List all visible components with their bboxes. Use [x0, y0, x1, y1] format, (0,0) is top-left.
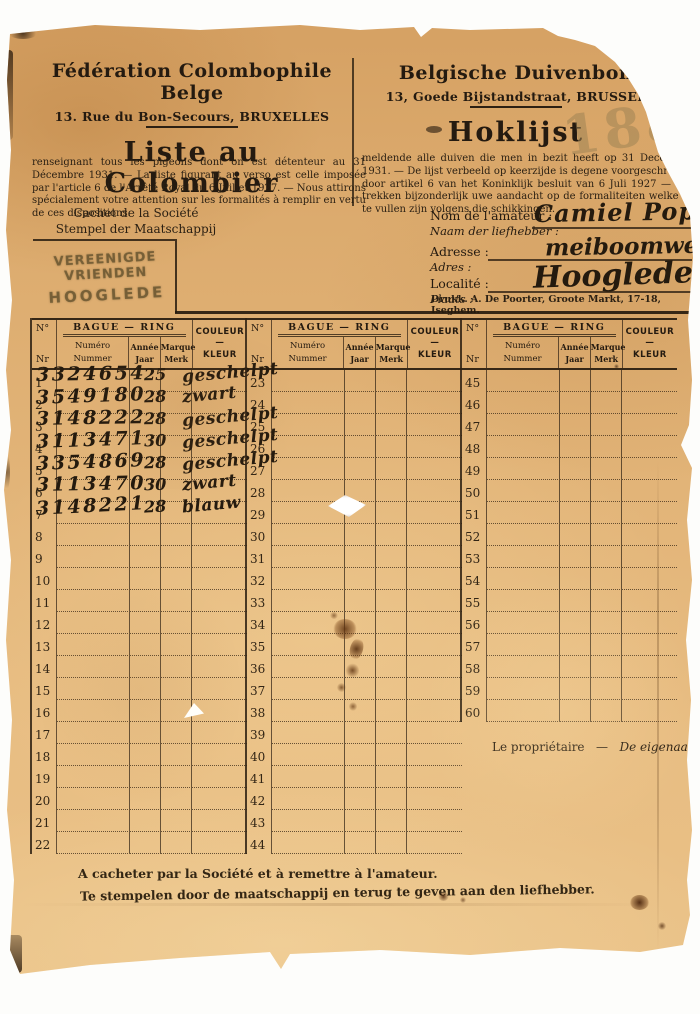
row-number: 29 [247, 502, 272, 524]
col-header-no-fr: N° [251, 323, 271, 334]
cell-numero [57, 612, 130, 634]
cell-annee [345, 722, 376, 744]
cell-annee [130, 590, 161, 612]
cell-marque [376, 414, 407, 436]
table-row: 32 [247, 568, 462, 590]
table-row: 58 [462, 656, 677, 678]
table-row: 54 [462, 568, 677, 590]
cell-annee [130, 700, 161, 722]
ink-stain [330, 612, 338, 619]
row-number: 15 [32, 678, 57, 700]
annee-fr: Année [344, 341, 374, 353]
row-number: 30 [247, 524, 272, 546]
row-number: 28 [247, 480, 272, 502]
cell-marque [376, 546, 407, 568]
annee-nl: Jaar [129, 353, 159, 365]
cell-numero [272, 436, 345, 458]
cell-marque [376, 524, 407, 546]
row-number: 10 [32, 568, 57, 590]
row-number: 18 [32, 744, 57, 766]
row-number: 56 [462, 612, 487, 634]
cell-couleur [622, 414, 677, 436]
marque-fr: Marque [591, 341, 622, 353]
row-number: 45 [462, 370, 487, 392]
table-row: 5 [32, 458, 247, 480]
cell-numero [57, 634, 130, 656]
row-number: 11 [32, 590, 57, 612]
cell-marque [376, 502, 407, 524]
cell-marque [161, 414, 192, 436]
col-header-no: N°Nr [462, 320, 487, 368]
table-row: 18 [32, 744, 247, 766]
cell-numero [272, 524, 345, 546]
paper-crease-horizontal [20, 903, 660, 906]
cell-numero [57, 480, 130, 502]
table-row: 56 [462, 612, 677, 634]
address-rule-nl [470, 106, 562, 108]
cell-marque [161, 458, 192, 480]
row-number: 54 [462, 568, 487, 590]
cell-annee [560, 700, 591, 722]
table-row: 3 [32, 414, 247, 436]
edge-stain [684, 150, 691, 170]
cell-annee [560, 480, 591, 502]
cell-marque [591, 436, 622, 458]
row-number: 19 [32, 766, 57, 788]
table-rows: 12345678910111213141516171819202122 [32, 370, 247, 854]
cell-numero [57, 656, 130, 678]
cell-marque [161, 744, 192, 766]
cell-marque [161, 810, 192, 832]
numero-nl: Nummer [57, 353, 129, 366]
row-number: 47 [462, 414, 487, 436]
cell-couleur [407, 700, 462, 722]
cell-couleur [192, 722, 247, 744]
cell-annee [130, 370, 161, 392]
row-number: 40 [247, 744, 272, 766]
row-number: 53 [462, 546, 487, 568]
cell-couleur [407, 414, 462, 436]
cell-numero [487, 414, 560, 436]
cell-marque [376, 700, 407, 722]
numero-fr: Numéro [272, 340, 344, 353]
table-row: 40 [247, 744, 462, 766]
cell-annee [345, 524, 376, 546]
row-number: 37 [247, 678, 272, 700]
cell-couleur [192, 832, 247, 854]
edge-shadow [8, 26, 38, 39]
couleur-sep: — [193, 338, 247, 349]
row-number: 51 [462, 502, 487, 524]
cell-numero [57, 392, 130, 414]
cell-marque [161, 370, 192, 392]
table-row: 39 [247, 722, 462, 744]
stamp-box-top-border [33, 239, 175, 241]
cell-marque [591, 414, 622, 436]
marque-nl: Merk [161, 353, 192, 365]
row-number: 46 [462, 392, 487, 414]
cell-marque [591, 700, 622, 722]
edge-stain [553, 13, 559, 19]
cell-couleur [192, 568, 247, 590]
cell-marque [376, 612, 407, 634]
cell-annee [345, 414, 376, 436]
cell-marque [161, 436, 192, 458]
cell-numero [272, 810, 345, 832]
cell-marque [376, 458, 407, 480]
col-header-marque: MarqueMerk [160, 337, 192, 368]
annee-fr: Année [129, 341, 159, 353]
table-row: 60 [462, 700, 677, 722]
cell-annee [345, 392, 376, 414]
row-number: 55 [462, 590, 487, 612]
row-number: 3 [32, 414, 57, 436]
cell-couleur [192, 524, 247, 546]
cell-annee [560, 414, 591, 436]
cell-annee [560, 678, 591, 700]
table-row: 15 [32, 678, 247, 700]
bague-ring-title: BAGUE — RING [278, 320, 401, 337]
edge-shadow [6, 935, 22, 973]
cell-marque [591, 634, 622, 656]
cell-annee [345, 810, 376, 832]
col-header-numero: NuméroNummer [57, 337, 129, 368]
row-number: 12 [32, 612, 57, 634]
cell-numero [272, 700, 345, 722]
cell-marque [161, 788, 192, 810]
col-header-annee: AnnéeJaar [558, 337, 589, 368]
table-row: 33 [247, 590, 462, 612]
bague-ring-title: BAGUE — RING [63, 320, 186, 337]
row-number: 6 [32, 480, 57, 502]
row-number: 44 [247, 832, 272, 854]
cell-numero [487, 656, 560, 678]
table-row: 4 [32, 436, 247, 458]
cell-marque [591, 656, 622, 678]
edge-stain [686, 46, 695, 70]
table-row: 45 [462, 370, 677, 392]
marque-nl: Merk [591, 353, 622, 365]
table-row: 7 [32, 502, 247, 524]
cell-couleur [407, 370, 462, 392]
table-row: 6 [32, 480, 247, 502]
cell-numero [487, 634, 560, 656]
table-rows: 45464748495051525354555657585960 [462, 370, 677, 722]
cell-marque [376, 370, 407, 392]
row-number: 9 [32, 546, 57, 568]
cell-numero [487, 612, 560, 634]
col-header-no-fr: N° [466, 323, 486, 334]
cell-couleur [192, 436, 247, 458]
cell-couleur [407, 546, 462, 568]
cell-annee [130, 678, 161, 700]
row-number: 22 [32, 832, 57, 854]
ink-stain [438, 892, 449, 901]
row-number: 34 [247, 612, 272, 634]
bague-subheaders: NuméroNummerAnnéeJaarMarqueMerk [57, 337, 192, 368]
table-row: 53 [462, 546, 677, 568]
cell-marque [376, 832, 407, 854]
cell-marque [161, 634, 192, 656]
cell-annee [345, 590, 376, 612]
row-number: 39 [247, 722, 272, 744]
table-row: 8 [32, 524, 247, 546]
cell-numero [487, 392, 560, 414]
cell-numero [272, 568, 345, 590]
row-number: 21 [32, 810, 57, 832]
header-divider [352, 58, 354, 206]
cell-couleur [407, 612, 462, 634]
row-number: 26 [247, 436, 272, 458]
cell-numero [57, 678, 130, 700]
cell-annee [130, 568, 161, 590]
table-row: 51 [462, 502, 677, 524]
footer-line-fr: A cacheter par la Société et à remettre … [78, 866, 438, 881]
cell-annee [345, 832, 376, 854]
cell-numero [272, 656, 345, 678]
ink-smudge [426, 126, 442, 133]
row-number: 41 [247, 766, 272, 788]
society-stamp: VEREENIGDE VRIENDEN HOOGLEDE [25, 248, 188, 308]
cell-annee [130, 392, 161, 414]
scanned-document: Fédération Colombophile Belge 13. Rue du… [0, 0, 700, 1014]
cell-couleur [622, 546, 677, 568]
cell-annee [130, 810, 161, 832]
cell-marque [376, 744, 407, 766]
table-header: N°NrBAGUE — RINGNuméroNummerAnnéeJaarMar… [247, 318, 462, 370]
cell-annee [130, 766, 161, 788]
row-number: 4 [32, 436, 57, 458]
cell-couleur [192, 766, 247, 788]
ink-stain [614, 364, 619, 369]
table-row: 17 [32, 722, 247, 744]
cell-couleur [622, 436, 677, 458]
ink-stain [337, 683, 346, 692]
cell-numero [272, 832, 345, 854]
row-number: 16 [32, 700, 57, 722]
couleur-nl: KLEUR [623, 350, 677, 361]
cell-couleur [407, 810, 462, 832]
table-group: N°NrBAGUE — RINGNuméroNummerAnnéeJaarMar… [245, 318, 462, 854]
row-number: 50 [462, 480, 487, 502]
table-row: 25 [247, 414, 462, 436]
cell-annee [560, 612, 591, 634]
cell-marque [376, 656, 407, 678]
cell-numero [272, 392, 345, 414]
cell-numero [57, 700, 130, 722]
table-row: 55 [462, 590, 677, 612]
ink-stain [658, 922, 666, 930]
row-number: 8 [32, 524, 57, 546]
cell-numero [57, 502, 130, 524]
table-row: 10 [32, 568, 247, 590]
cell-numero [272, 788, 345, 810]
row-number: 20 [32, 788, 57, 810]
cell-numero [272, 414, 345, 436]
table-row: 59 [462, 678, 677, 700]
cell-couleur [622, 656, 677, 678]
cell-marque [161, 656, 192, 678]
table-group: N°NrBAGUE — RINGNuméroNummerAnnéeJaarMar… [30, 318, 247, 854]
cell-marque [161, 700, 192, 722]
cell-couleur [407, 634, 462, 656]
col-header-couleur: COULEUR—KLEUR [623, 320, 677, 368]
marque-fr: Marque [161, 341, 192, 353]
cell-marque [591, 546, 622, 568]
cell-couleur [407, 832, 462, 854]
numero-nl: Nummer [487, 353, 559, 366]
marque-fr: Marque [376, 341, 407, 353]
cell-couleur [192, 744, 247, 766]
cell-couleur [622, 524, 677, 546]
cell-numero [487, 678, 560, 700]
table-row: 22 [32, 832, 247, 854]
table-row: 41 [247, 766, 462, 788]
couleur-nl: KLEUR [193, 350, 247, 361]
cell-annee [130, 656, 161, 678]
cell-marque [161, 766, 192, 788]
cell-couleur [407, 722, 462, 744]
table-header: N°NrBAGUE — RINGNuméroNummerAnnéeJaarMar… [462, 318, 677, 370]
cell-numero [57, 590, 130, 612]
bague-subheaders: NuméroNummerAnnéeJaarMarqueMerk [487, 337, 622, 368]
cell-couleur [407, 766, 462, 788]
cell-annee [560, 524, 591, 546]
row-number: 31 [247, 546, 272, 568]
cell-couleur [192, 414, 247, 436]
stamp-text-line1: VEREENIGDE VRIENDEN [25, 248, 186, 286]
cell-marque [161, 568, 192, 590]
cell-numero [487, 502, 560, 524]
cell-annee [345, 788, 376, 810]
cell-couleur [407, 502, 462, 524]
handwritten-locality: Hooglede [532, 255, 693, 296]
field-label-address-fr: Adresse : [430, 244, 489, 259]
stamp-caption-nl: Stempel der Maatschappij [40, 222, 232, 238]
cell-numero [272, 722, 345, 744]
cell-couleur [407, 656, 462, 678]
table-row: 43 [247, 810, 462, 832]
row-number: 2 [32, 392, 57, 414]
cell-marque [591, 678, 622, 700]
cell-annee [345, 766, 376, 788]
numero-nl: Nummer [272, 353, 344, 366]
cell-annee [560, 436, 591, 458]
row-number: 36 [247, 656, 272, 678]
cell-annee [560, 392, 591, 414]
table-row: 1 [32, 370, 247, 392]
row-number: 57 [462, 634, 487, 656]
cell-couleur [192, 634, 247, 656]
row-number: 35 [247, 634, 272, 656]
table-row: 16 [32, 700, 247, 722]
cell-numero [272, 766, 345, 788]
row-number: 49 [462, 458, 487, 480]
footer-line-nl: Te stempelen door de maatschappij en ter… [80, 881, 595, 903]
cell-annee [345, 458, 376, 480]
couleur-fr: COULEUR [193, 327, 247, 338]
cell-marque [161, 678, 192, 700]
cell-couleur [192, 590, 247, 612]
cell-annee [130, 524, 161, 546]
cell-marque [161, 722, 192, 744]
cell-numero [487, 524, 560, 546]
cell-couleur [622, 568, 677, 590]
cell-numero [57, 370, 130, 392]
cell-couleur [622, 634, 677, 656]
table-row: 37 [247, 678, 462, 700]
org-name-nl: Belgische Duivenbon [366, 62, 666, 84]
ink-stain [333, 619, 357, 639]
cell-couleur [622, 392, 677, 414]
row-number: 13 [32, 634, 57, 656]
row-number: 24 [247, 392, 272, 414]
cell-marque [376, 436, 407, 458]
col-header-annee: AnnéeJaar [343, 337, 374, 368]
col-header-no-fr: N° [36, 323, 56, 334]
cell-couleur [622, 502, 677, 524]
stamp-caption-fr: Cachet de la Société [40, 206, 232, 222]
ink-stain [346, 663, 359, 678]
table-row: 11 [32, 590, 247, 612]
table-row: 46 [462, 392, 677, 414]
cell-marque [591, 568, 622, 590]
cell-annee [560, 590, 591, 612]
table-row: 50 [462, 480, 677, 502]
table-row: 31 [247, 546, 462, 568]
paper-crease-vertical [657, 460, 659, 950]
bague-subheaders: NuméroNummerAnnéeJaarMarqueMerk [272, 337, 407, 368]
row-number: 25 [247, 414, 272, 436]
cell-annee [130, 480, 161, 502]
cell-numero [57, 766, 130, 788]
row-number: 27 [247, 458, 272, 480]
table-row: 27 [247, 458, 462, 480]
cell-annee [560, 502, 591, 524]
table-row: 20 [32, 788, 247, 810]
cell-couleur [407, 480, 462, 502]
table-row: 48 [462, 436, 677, 458]
cell-couleur [192, 370, 247, 392]
stamp-caption: Cachet de la Société Stempel der Maatsch… [40, 206, 232, 237]
section-divider-line [175, 311, 693, 314]
ink-stain [349, 702, 357, 711]
cell-annee [345, 436, 376, 458]
row-number: 59 [462, 678, 487, 700]
row-number: 60 [462, 700, 487, 722]
address-rule-fr [146, 126, 238, 128]
table-row: 49 [462, 458, 677, 480]
cell-numero [57, 744, 130, 766]
cell-annee [130, 458, 161, 480]
cell-marque [591, 370, 622, 392]
cell-numero [57, 546, 130, 568]
cell-numero [57, 722, 130, 744]
row-number: 7 [32, 502, 57, 524]
cell-annee [560, 634, 591, 656]
col-header-numero: NuméroNummer [487, 337, 559, 368]
row-number: 58 [462, 656, 487, 678]
cell-annee [130, 788, 161, 810]
cell-numero [487, 546, 560, 568]
cell-marque [376, 678, 407, 700]
cell-annee [130, 744, 161, 766]
table-rows: 2324252627282930313233343536373839404142… [247, 370, 462, 854]
table-row: 14 [32, 656, 247, 678]
cell-annee [130, 612, 161, 634]
org-address-fr: 13. Rue du Bon-Secours, BRUXELLES [38, 109, 346, 124]
cell-numero [57, 832, 130, 854]
